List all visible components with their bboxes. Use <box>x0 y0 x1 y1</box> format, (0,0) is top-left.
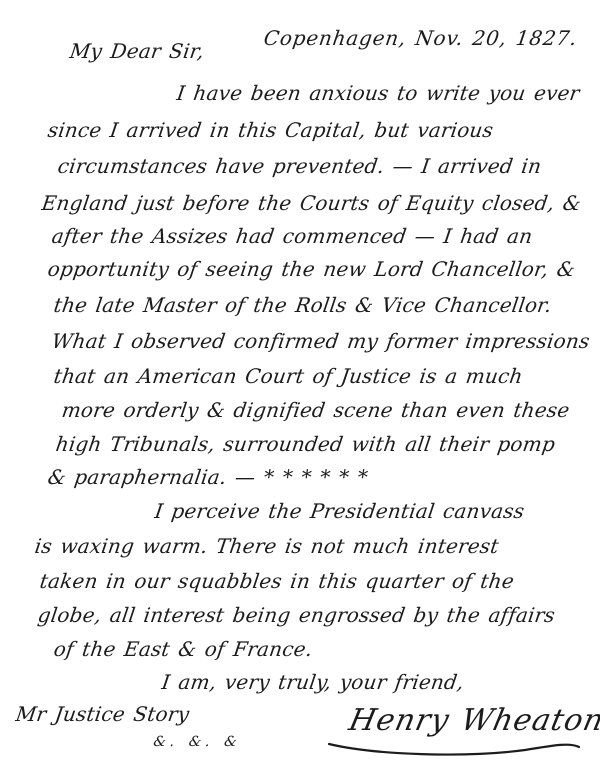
letter-body-line: I perceive the Presidential canvass <box>153 497 526 525</box>
letter-body-line: of the East & of France. <box>52 635 314 663</box>
letter-body-line: What I observed confirmed my former impr… <box>50 327 592 355</box>
letter-body-line: circumstances have prevented. — I arrive… <box>56 152 543 180</box>
letter-dateline: Copenhagen, Nov. 20, 1827. <box>262 24 579 52</box>
letter-body-line: taken in our squabbles in this quarter o… <box>38 567 516 595</box>
letter-addressee: Mr Justice Story <box>14 700 191 728</box>
letter-body-line: I have been anxious to write you ever <box>175 79 581 107</box>
letter-body-line: high Tribunals, surrounded with all thei… <box>54 430 557 458</box>
letter-body-line: the late Master of the Rolls & Vice Chan… <box>52 291 554 319</box>
letter-closing: I am, very truly, your friend, <box>160 668 466 696</box>
letter-body-line: more orderly & dignified scene than even… <box>60 396 572 424</box>
letter-salutation: My Dear Sir, <box>68 37 206 65</box>
signature-flourish-underline <box>325 736 583 758</box>
letter-body-line: is waxing warm. There is not much intere… <box>33 532 501 560</box>
letter-body-line: & paraphernalia. — * * * * * * <box>46 463 370 491</box>
letter-body-line: globe, all interest being engrossed by t… <box>36 601 557 629</box>
letter-etcetera-marks: &. &. & <box>152 733 242 753</box>
letter-body-line: England just before the Courts of Equity… <box>40 189 583 217</box>
letter-page: Copenhagen, Nov. 20, 1827. My Dear Sir, … <box>0 0 600 780</box>
letter-body-line: that an American Court of Justice is a m… <box>52 362 525 390</box>
letter-body-line: opportunity of seeing the new Lord Chanc… <box>46 255 577 283</box>
letter-body-line: after the Assizes had commenced — I had … <box>50 222 534 250</box>
letter-body-line: since I arrived in this Capital, but var… <box>46 116 495 144</box>
